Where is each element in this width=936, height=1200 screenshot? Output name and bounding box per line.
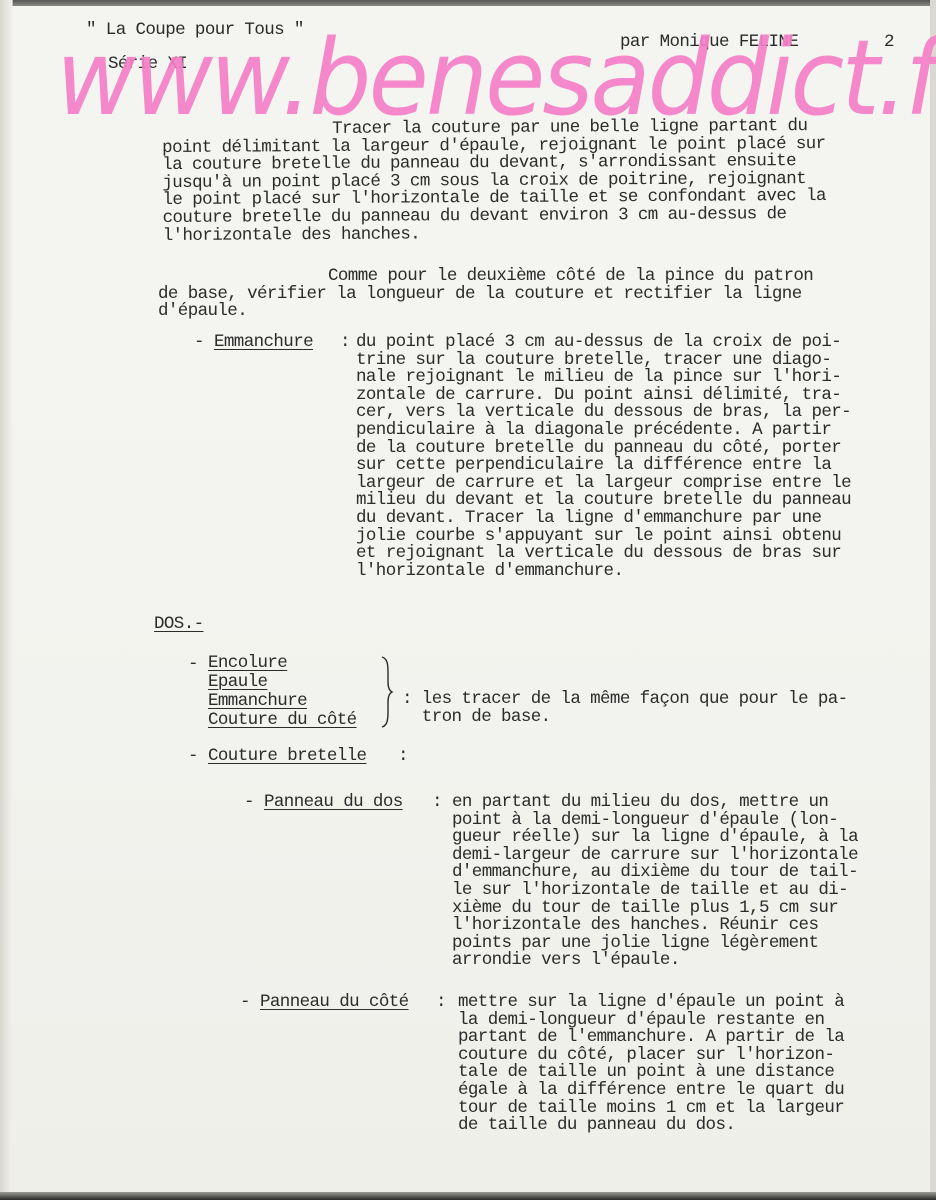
text-line: du devant. Tracer la ligne d'emmanchure … <box>356 510 851 528</box>
text-line: pendiculaire à la diagonale précédente. … <box>356 422 851 440</box>
text-line: de taille du panneau du dos. <box>458 1117 844 1135</box>
panneau-cote-text: mettre sur la ligne d'épaule un point àl… <box>458 994 844 1135</box>
text-line: tron de base. <box>402 709 848 727</box>
panneau-cote-colon: : <box>436 994 446 1012</box>
emmanchure-label: Emmanchure <box>214 334 313 352</box>
text-line: couture bretelle du panneau du devant en… <box>163 206 827 228</box>
list-dash: - <box>240 994 250 1012</box>
text-line: en partant du milieu du dos, mettre un <box>452 794 858 812</box>
panneau-dos-label: Panneau du dos <box>264 794 403 812</box>
list-dash: - <box>188 748 198 766</box>
text-line: du point placé 3 cm au-dessus de la croi… <box>356 334 851 352</box>
scan-right-edge <box>930 0 936 1200</box>
right-brace-icon <box>380 656 394 728</box>
grouped-item: Emmanchure <box>208 692 357 711</box>
intro-paragraph-2: Comme pour le deuxième côté de la pince … <box>158 268 813 321</box>
scan-bottom-edge <box>0 1192 936 1200</box>
emmanchure-colon: : <box>340 334 350 352</box>
grouped-items-text: : les tracer de la même façon que pour l… <box>402 691 848 726</box>
panneau-dos-text: en partant du milieu du dos, mettre unpo… <box>452 794 858 970</box>
list-dash: - <box>194 334 204 352</box>
text-line: Comme pour le deuxième côté de la pince … <box>158 268 813 286</box>
grouped-item: Encolure <box>208 654 357 673</box>
emmanchure-text: du point placé 3 cm au-dessus de la croi… <box>356 334 851 580</box>
dos-heading: DOS.- <box>154 616 204 634</box>
text-line: d'épaule. <box>158 303 813 321</box>
text-line: le sur l'horizontale de taille et au di- <box>452 882 858 900</box>
text-line: égale à la différence entre le quart du <box>458 1082 844 1100</box>
panneau-dos-colon: : <box>432 794 442 812</box>
list-dash: - <box>188 656 198 674</box>
text-line: l'horizontale d'emmanchure. <box>356 563 851 581</box>
text-line: arrondie vers l'épaule. <box>452 952 858 970</box>
watermark: www.benesaddict.fr <box>56 26 936 130</box>
panneau-cote-label: Panneau du côté <box>260 994 409 1012</box>
couture-bretelle-colon: : <box>398 748 408 766</box>
text-line: mettre sur la ligne d'épaule un point à <box>458 994 844 1012</box>
grouped-items-list: EncolureEpauleEmmanchureCouture du côté <box>208 654 357 730</box>
text-line: : les tracer de la même façon que pour l… <box>402 691 848 709</box>
grouped-item: Epaule <box>208 673 357 692</box>
grouped-item: Couture du côté <box>208 711 357 730</box>
text-line: de base, vérifier la longueur de la cout… <box>158 286 813 304</box>
list-dash: - <box>244 794 254 812</box>
couture-bretelle-label: Couture bretelle <box>208 748 366 766</box>
